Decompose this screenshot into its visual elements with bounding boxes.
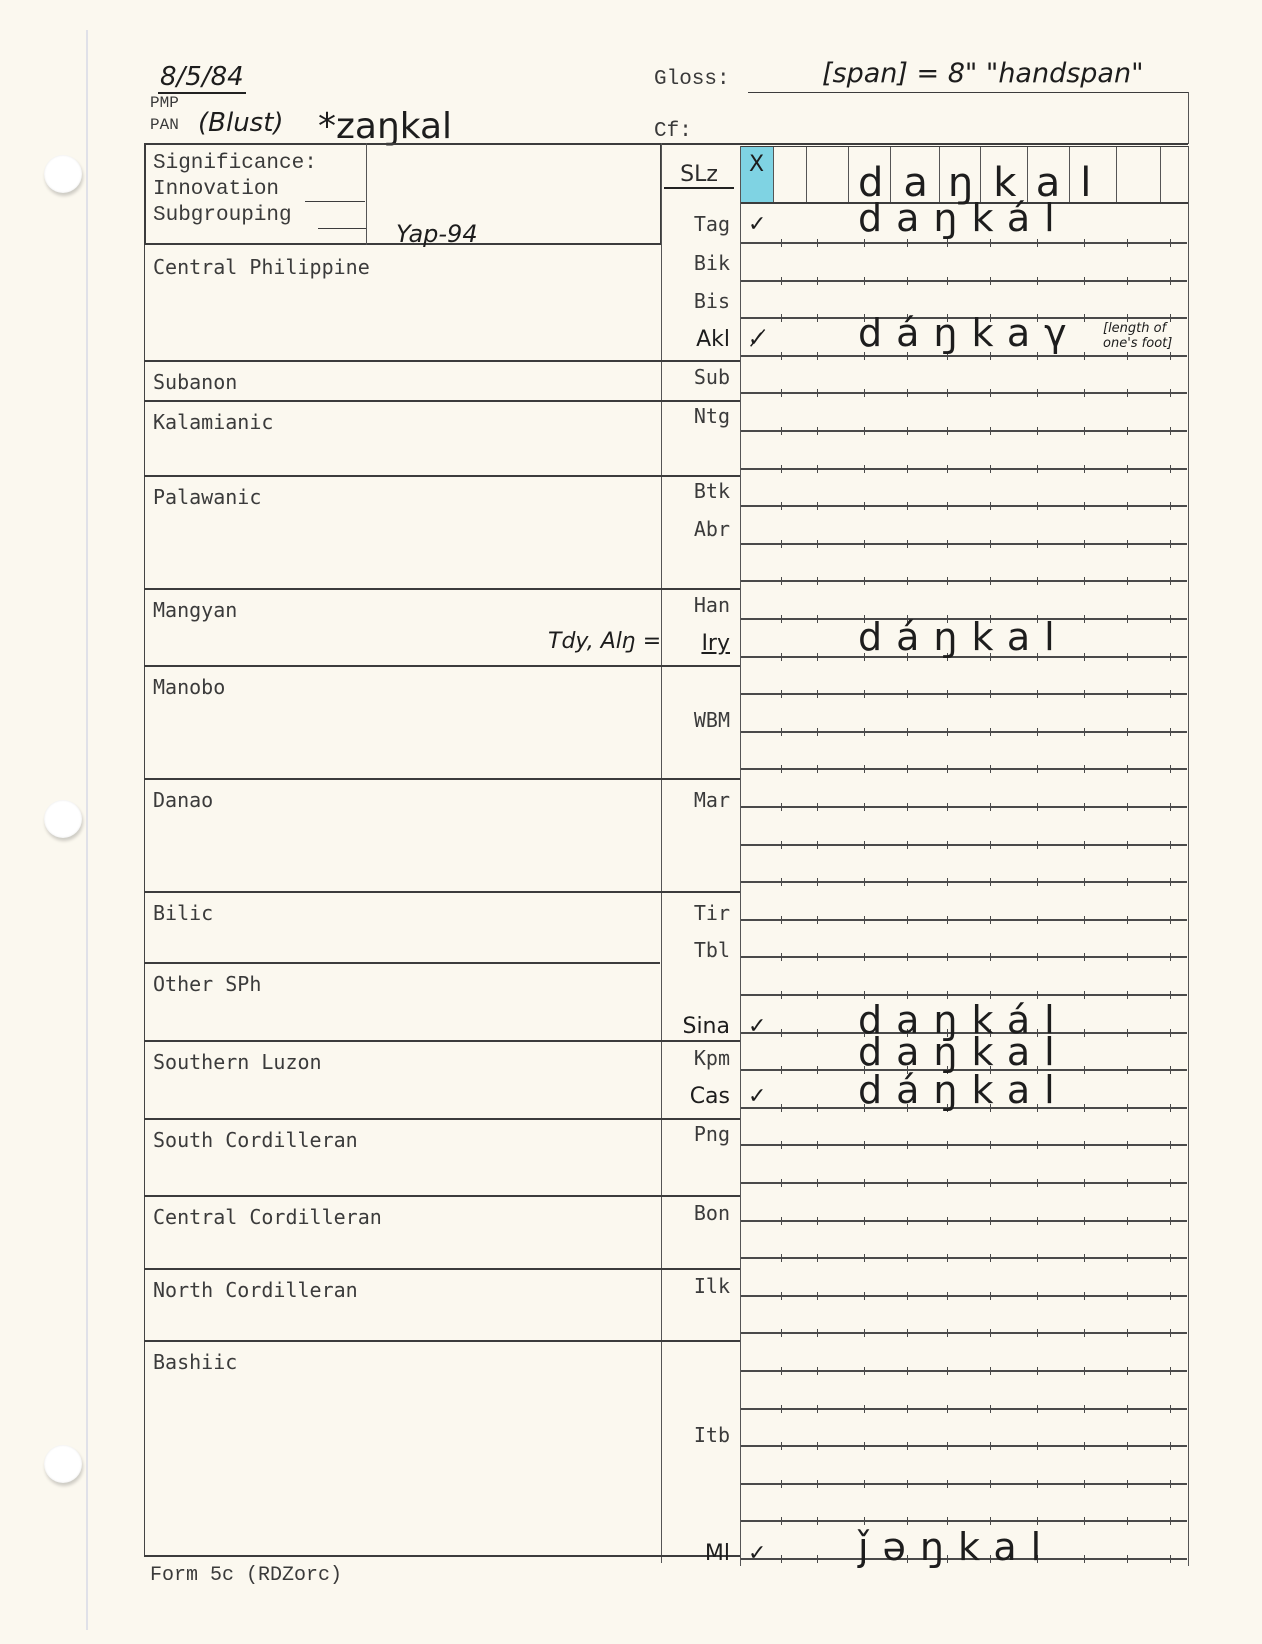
language-code: Png xyxy=(650,1122,730,1146)
ruled-tick xyxy=(1037,1442,1038,1450)
subgroup-divider xyxy=(144,891,740,893)
ruled-tick xyxy=(781,540,782,548)
ruled-tick xyxy=(1170,653,1171,661)
ruled-tick xyxy=(1084,653,1085,661)
subgroup-label: Subanon xyxy=(153,370,237,394)
ruled-tick xyxy=(1170,1104,1171,1112)
ruled-tick xyxy=(1037,540,1038,548)
ruled-tick xyxy=(990,765,991,773)
ruled-tick xyxy=(990,803,991,811)
ruled-tick xyxy=(947,1254,948,1262)
ruled-tick xyxy=(990,277,991,285)
subgroup-label: Central Cordilleran xyxy=(153,1205,382,1229)
ruled-tick xyxy=(1084,1405,1085,1413)
language-code: Mar xyxy=(650,788,730,812)
ruled-line xyxy=(741,1295,1187,1297)
ruled-tick xyxy=(1084,765,1085,773)
ruled-tick xyxy=(1127,991,1128,999)
ruled-tick xyxy=(817,991,818,999)
ruled-tick xyxy=(1127,953,1128,961)
ruled-tick xyxy=(1127,728,1128,736)
ruled-tick xyxy=(907,1179,908,1187)
ruled-tick xyxy=(1170,728,1171,736)
ruled-tick xyxy=(817,1480,818,1488)
subgroup-label: Manobo xyxy=(153,675,225,699)
subgroup-divider xyxy=(144,588,740,590)
language-code: Kpm xyxy=(650,1046,730,1070)
ruled-tick xyxy=(907,803,908,811)
ruled-tick xyxy=(781,1517,782,1525)
ruled-line xyxy=(741,1520,1187,1522)
ruled-tick xyxy=(781,239,782,247)
subgroup-divider xyxy=(144,1268,740,1270)
ruled-tick xyxy=(1170,1141,1171,1149)
ruled-tick xyxy=(1084,502,1085,510)
subgroup-label: Southern Luzon xyxy=(153,1050,322,1074)
ruled-tick xyxy=(947,1517,948,1525)
ruled-tick xyxy=(947,1329,948,1337)
language-code: Ilk xyxy=(650,1274,730,1298)
innovation-label: Innovation xyxy=(153,178,279,201)
ruled-tick xyxy=(1127,427,1128,435)
ruled-line xyxy=(741,768,1187,770)
ruled-tick xyxy=(947,1367,948,1375)
ruled-tick xyxy=(781,277,782,285)
ruled-tick xyxy=(817,690,818,698)
ruled-tick xyxy=(1084,690,1085,698)
reflex-form: dáŋkal xyxy=(858,1068,1069,1112)
ruled-tick xyxy=(817,953,818,961)
ruled-tick xyxy=(1170,1029,1171,1037)
language-code: Bon xyxy=(650,1201,730,1225)
ruled-tick xyxy=(1037,1254,1038,1262)
ruled-tick xyxy=(1084,352,1085,360)
ruled-tick xyxy=(864,1480,865,1488)
ruled-tick xyxy=(990,953,991,961)
ruled-tick xyxy=(864,1141,865,1149)
ruled-tick xyxy=(1170,1517,1171,1525)
language-code: Cas xyxy=(650,1084,730,1109)
subgroup-divider xyxy=(144,665,740,667)
subgroup-label: Kalamianic xyxy=(153,410,273,434)
grid-left-edge xyxy=(144,245,145,1555)
ruled-tick xyxy=(907,427,908,435)
ruled-tick xyxy=(947,502,948,510)
ruled-tick xyxy=(1084,841,1085,849)
cf-box-edge xyxy=(1188,92,1189,144)
subgroup-label: Mangyan xyxy=(153,598,237,622)
ruled-tick xyxy=(817,1141,818,1149)
reflex-form: dáŋkal xyxy=(858,615,1069,659)
ruled-tick xyxy=(781,728,782,736)
ruled-tick xyxy=(990,1141,991,1149)
ruled-tick xyxy=(947,577,948,585)
ruled-tick xyxy=(817,1104,818,1112)
ruled-tick xyxy=(990,1292,991,1300)
ruled-tick xyxy=(864,577,865,585)
check-mark-icon: ✓̸ xyxy=(748,327,766,352)
ruled-tick xyxy=(817,1367,818,1375)
ruled-tick xyxy=(1084,277,1085,285)
ruled-tick xyxy=(1084,916,1085,924)
ruled-tick xyxy=(1084,314,1085,322)
ruled-tick xyxy=(817,916,818,924)
ruled-tick xyxy=(947,239,948,247)
ruled-tick xyxy=(1170,389,1171,397)
ruled-tick xyxy=(817,389,818,397)
ruled-tick xyxy=(1127,1104,1128,1112)
ruled-tick xyxy=(1170,803,1171,811)
innovation-blank[interactable] xyxy=(305,201,365,202)
ruled-tick xyxy=(1084,1517,1085,1525)
significance-note: Yap-94 xyxy=(396,220,478,248)
subgroup-label: Other SPh xyxy=(153,972,261,996)
ruled-tick xyxy=(907,1141,908,1149)
ruled-tick xyxy=(1084,1217,1085,1225)
subgroup-divider xyxy=(144,962,660,964)
significance-divider xyxy=(366,143,367,245)
ruled-tick xyxy=(907,389,908,397)
ruled-tick xyxy=(990,1217,991,1225)
ruled-line xyxy=(741,881,1187,883)
ruled-tick xyxy=(817,841,818,849)
ruled-tick xyxy=(1084,953,1085,961)
ruled-tick xyxy=(864,465,865,473)
subgroup-divider xyxy=(144,778,740,780)
ruled-line xyxy=(741,731,1187,733)
ruled-tick xyxy=(1170,577,1171,585)
ruled-tick xyxy=(817,1329,818,1337)
ruled-tick xyxy=(781,916,782,924)
ruled-tick xyxy=(1084,728,1085,736)
grid-right-edge xyxy=(1188,146,1189,1566)
ruled-tick xyxy=(1127,1367,1128,1375)
language-code: Abr xyxy=(650,517,730,541)
ruled-tick xyxy=(990,427,991,435)
ruled-tick xyxy=(817,277,818,285)
ruled-tick xyxy=(947,389,948,397)
slz-top-rule xyxy=(741,146,1188,147)
ruled-tick xyxy=(1084,1292,1085,1300)
date: 8/5/84 xyxy=(158,62,246,94)
ruled-tick xyxy=(990,540,991,548)
ruled-tick xyxy=(864,728,865,736)
ruled-tick xyxy=(864,1405,865,1413)
ruled-line xyxy=(741,1257,1187,1259)
ruled-tick xyxy=(781,653,782,661)
subgroup-divider xyxy=(144,1340,740,1342)
ruled-tick xyxy=(1170,1329,1171,1337)
language-code: Ml xyxy=(650,1541,730,1566)
gloss-label: Gloss: xyxy=(654,68,730,91)
ruled-tick xyxy=(1084,1254,1085,1262)
ruled-tick xyxy=(1170,540,1171,548)
ruled-tick xyxy=(1170,615,1171,623)
proto-label-pmp: PMP xyxy=(150,94,179,112)
subgroup-divider xyxy=(144,1040,740,1042)
ruled-line xyxy=(741,1332,1187,1334)
ruled-tick xyxy=(1170,1217,1171,1225)
ruled-tick xyxy=(1084,1141,1085,1149)
slz-cell-divider xyxy=(806,146,807,202)
reflex-form: daŋkál xyxy=(858,196,1069,240)
ruled-tick xyxy=(817,1066,818,1074)
ruled-tick xyxy=(781,803,782,811)
proto-label-pan: PAN xyxy=(150,116,179,134)
subgroup-divider xyxy=(144,360,740,362)
ruled-tick xyxy=(1084,1179,1085,1187)
binder-hole xyxy=(44,155,82,193)
ruled-tick xyxy=(1084,577,1085,585)
subgroup-divider xyxy=(144,1195,740,1197)
ruled-tick xyxy=(1127,1029,1128,1037)
ruled-tick xyxy=(817,577,818,585)
ruled-tick xyxy=(864,1517,865,1525)
ruled-tick xyxy=(1037,502,1038,510)
ruled-tick xyxy=(907,765,908,773)
ruled-tick xyxy=(990,502,991,510)
reflex-note: [length of one's foot] xyxy=(1103,321,1198,351)
ruled-line xyxy=(741,242,1187,244)
subgroup-label: South Cordilleran xyxy=(153,1128,358,1152)
ruled-tick xyxy=(947,427,948,435)
reflex-form: dáŋkaγ xyxy=(858,311,1081,355)
ruled-tick xyxy=(947,728,948,736)
ruled-tick xyxy=(1084,1555,1085,1563)
slz-mark: X xyxy=(749,152,764,177)
ruled-tick xyxy=(817,1029,818,1037)
ruled-tick xyxy=(864,765,865,773)
ruled-line xyxy=(741,468,1187,470)
significance-title: Significance: xyxy=(153,152,317,175)
ruled-tick xyxy=(1127,916,1128,924)
ruled-tick xyxy=(817,1442,818,1450)
language-code: Han xyxy=(650,593,730,617)
language-code: Sub xyxy=(650,365,730,389)
slz-label: SLz xyxy=(664,162,734,189)
ruled-tick xyxy=(864,878,865,886)
ruled-tick xyxy=(1127,803,1128,811)
ruled-tick xyxy=(1127,465,1128,473)
ruled-tick xyxy=(1170,1292,1171,1300)
ruled-tick xyxy=(1127,841,1128,849)
iry-related-languages: Tdy, Alŋ = xyxy=(548,629,661,654)
ruled-tick xyxy=(990,1179,991,1187)
ruled-tick xyxy=(864,1367,865,1375)
ruled-tick xyxy=(1170,1179,1171,1187)
ruled-tick xyxy=(1037,277,1038,285)
ruled-tick xyxy=(1037,1141,1038,1149)
gloss-underline xyxy=(748,92,1188,93)
ruled-tick xyxy=(1037,1517,1038,1525)
ruled-tick xyxy=(781,953,782,961)
ruled-tick xyxy=(947,916,948,924)
language-code: Bis xyxy=(650,289,730,313)
ruled-tick xyxy=(1127,352,1128,360)
ruled-tick xyxy=(1084,1329,1085,1337)
ruled-tick xyxy=(1170,916,1171,924)
ruled-tick xyxy=(1084,991,1085,999)
ruled-tick xyxy=(1127,502,1128,510)
subgrouping-blank[interactable] xyxy=(318,228,366,229)
ruled-tick xyxy=(907,728,908,736)
ruled-tick xyxy=(947,953,948,961)
slz-cell-divider xyxy=(1116,146,1117,202)
ruled-tick xyxy=(907,1217,908,1225)
ruled-tick xyxy=(781,1367,782,1375)
ruled-tick xyxy=(781,991,782,999)
ruled-tick xyxy=(990,1480,991,1488)
ruled-tick xyxy=(1170,427,1171,435)
ruled-tick xyxy=(947,1442,948,1450)
binder-hole xyxy=(44,800,82,838)
ruled-line xyxy=(741,430,1187,432)
subgroup-label: Palawanic xyxy=(153,485,261,509)
ruled-tick xyxy=(1127,239,1128,247)
ruled-tick xyxy=(781,314,782,322)
ruled-tick xyxy=(947,690,948,698)
ruled-tick xyxy=(817,1292,818,1300)
ruled-tick xyxy=(990,465,991,473)
ruled-tick xyxy=(1127,1480,1128,1488)
ruled-line xyxy=(741,919,1187,921)
ruled-tick xyxy=(947,1217,948,1225)
ruled-tick xyxy=(1037,389,1038,397)
ruled-tick xyxy=(1084,540,1085,548)
binder-hole xyxy=(44,1445,82,1483)
ruled-tick xyxy=(864,1442,865,1450)
ruled-tick xyxy=(990,841,991,849)
ruled-tick xyxy=(947,1141,948,1149)
ruled-tick xyxy=(1170,841,1171,849)
ruled-line xyxy=(741,355,1187,357)
language-code: Tir xyxy=(650,901,730,925)
ruled-tick xyxy=(1170,1367,1171,1375)
ruled-tick xyxy=(907,916,908,924)
ruled-tick xyxy=(1084,615,1085,623)
ruled-tick xyxy=(1127,765,1128,773)
ruled-tick xyxy=(907,953,908,961)
ruled-tick xyxy=(1127,1179,1128,1187)
ruled-tick xyxy=(864,841,865,849)
form-id: Form 5c (RDZorc) xyxy=(150,1564,342,1587)
ruled-tick xyxy=(781,765,782,773)
ruled-tick xyxy=(1084,1029,1085,1037)
ruled-tick xyxy=(1170,239,1171,247)
ruled-tick xyxy=(817,1254,818,1262)
ruled-tick xyxy=(1084,878,1085,886)
ruled-tick xyxy=(1127,1292,1128,1300)
ruled-tick xyxy=(1037,239,1038,247)
ruled-tick xyxy=(1127,653,1128,661)
ruled-tick xyxy=(817,352,818,360)
ruled-tick xyxy=(1170,690,1171,698)
ruled-tick xyxy=(864,1179,865,1187)
ruled-tick xyxy=(1127,878,1128,886)
ruled-tick xyxy=(817,1555,818,1563)
ruled-line xyxy=(741,280,1187,282)
grid-form-divider xyxy=(740,146,741,1566)
ruled-tick xyxy=(1170,878,1171,886)
ruled-tick xyxy=(781,1179,782,1187)
ruled-tick xyxy=(1037,1480,1038,1488)
ruled-tick xyxy=(907,1329,908,1337)
ruled-tick xyxy=(907,1254,908,1262)
ruled-tick xyxy=(990,878,991,886)
language-code: Sina xyxy=(650,1014,730,1039)
check-mark-icon: ✓ xyxy=(748,1084,766,1109)
ruled-tick xyxy=(907,1367,908,1375)
language-code: Ntg xyxy=(650,404,730,428)
ruled-line xyxy=(741,1144,1187,1146)
attribution: (Blust) xyxy=(198,108,284,138)
ruled-line xyxy=(741,693,1187,695)
ruled-tick xyxy=(781,1029,782,1037)
ruled-tick xyxy=(1084,1367,1085,1375)
ruled-tick xyxy=(990,1517,991,1525)
ruled-tick xyxy=(864,1254,865,1262)
ruled-tick xyxy=(1170,765,1171,773)
ruled-tick xyxy=(947,765,948,773)
ruled-tick xyxy=(1127,277,1128,285)
ruled-tick xyxy=(907,1442,908,1450)
ruled-tick xyxy=(1084,1442,1085,1450)
ruled-tick xyxy=(947,465,948,473)
ruled-tick xyxy=(864,389,865,397)
ruled-tick xyxy=(1037,728,1038,736)
ruled-tick xyxy=(1037,465,1038,473)
ruled-tick xyxy=(907,1292,908,1300)
subgroup-label: Bilic xyxy=(153,901,213,925)
ruled-line xyxy=(741,1408,1187,1410)
ruled-tick xyxy=(1127,1517,1128,1525)
ruled-tick xyxy=(1127,1217,1128,1225)
subgroup-divider xyxy=(144,1118,740,1120)
ruled-tick xyxy=(864,1292,865,1300)
margin-line xyxy=(86,30,88,1630)
ruled-tick xyxy=(990,1405,991,1413)
ruled-tick xyxy=(781,1254,782,1262)
ruled-tick xyxy=(907,1517,908,1525)
ruled-line xyxy=(741,1445,1187,1447)
ruled-tick xyxy=(781,577,782,585)
language-code: Itb xyxy=(650,1423,730,1447)
ruled-tick xyxy=(817,615,818,623)
ruled-tick xyxy=(864,916,865,924)
ruled-tick xyxy=(1037,1179,1038,1187)
ruled-tick xyxy=(907,690,908,698)
ruled-tick xyxy=(990,1367,991,1375)
ruled-tick xyxy=(1037,690,1038,698)
ruled-tick xyxy=(781,1405,782,1413)
ruled-tick xyxy=(864,502,865,510)
ruled-line xyxy=(741,806,1187,808)
ruled-tick xyxy=(1037,878,1038,886)
ruled-tick xyxy=(1084,1066,1085,1074)
ruled-tick xyxy=(781,690,782,698)
ruled-tick xyxy=(864,1329,865,1337)
ruled-tick xyxy=(907,841,908,849)
ruled-tick xyxy=(781,1217,782,1225)
ruled-tick xyxy=(817,502,818,510)
ruled-tick xyxy=(990,916,991,924)
ruled-tick xyxy=(907,277,908,285)
ruled-tick xyxy=(1084,1104,1085,1112)
ruled-tick xyxy=(947,803,948,811)
ruled-tick xyxy=(817,427,818,435)
slz-cell-divider xyxy=(1160,146,1161,202)
language-code: Tag xyxy=(650,212,730,236)
